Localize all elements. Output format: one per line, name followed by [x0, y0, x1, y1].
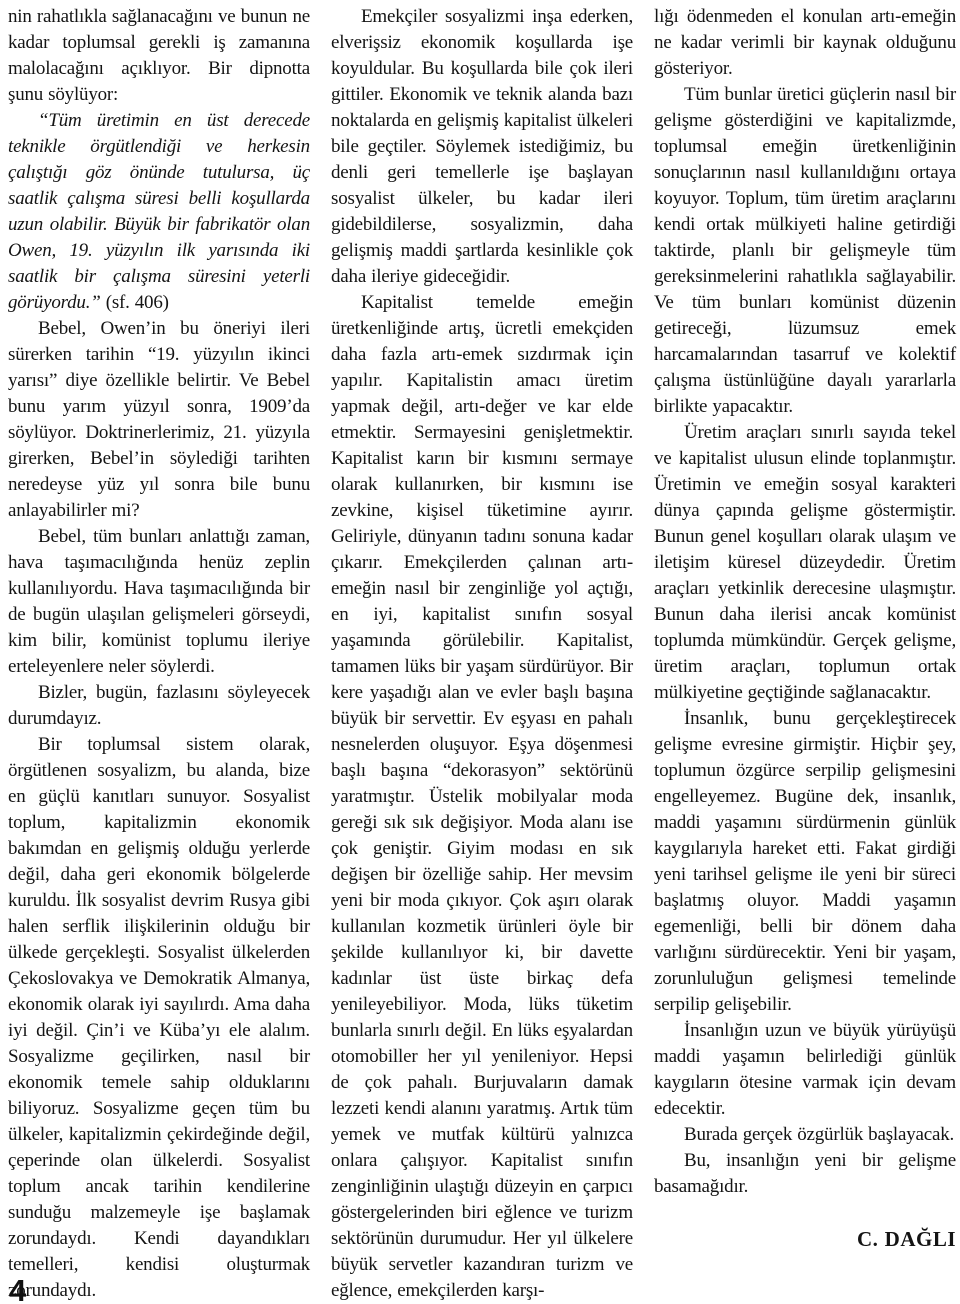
body-text: Bu, insanlığın yeni bir gelişme basamağı…: [654, 1150, 956, 1197]
paragraph: Bebel, Owen’in bu öneriyi ileri sürerken…: [8, 316, 310, 524]
paragraph: Bizler, bugün, fazlasını söyleyecek duru…: [8, 680, 310, 732]
paragraph: “Tüm üretimin en üst derecede teknikle ö…: [8, 108, 310, 316]
body-text: Bebel, Owen’in bu öneriyi ileri sürerken…: [8, 318, 310, 521]
body-text: Kapitalist temelde emeğin üretkenliğinde…: [331, 292, 633, 1301]
paragraph: nin rahatlıkla sağlanacağını ve bunun ne…: [8, 4, 310, 108]
body-text: lığı ödenmeden el konulan artı-emeğin ne…: [654, 6, 956, 79]
author-signature: C. DAĞLI: [654, 1226, 956, 1252]
body-text: nin rahatlıkla sağlanacağını ve bunun ne…: [8, 6, 310, 105]
paragraph: Bebel, tüm bunları anlattığı zaman, hava…: [8, 524, 310, 680]
text-column-middle: Emekçiler sosyalizmi inşa ederken, elver…: [331, 4, 633, 1304]
paragraph: Üretim araçları sınırlı sayıda tekel ve …: [654, 420, 956, 706]
paragraph: Bu, insanlığın yeni bir gelişme basamağı…: [654, 1148, 956, 1200]
quoted-italic-text: “Tüm üretimin en üst derecede teknikle ö…: [8, 110, 310, 313]
paragraph: Burada gerçek özgürlük başlayacak.: [654, 1122, 956, 1148]
body-text: Tüm bunlar üretici güçlerin nasıl bir ge…: [654, 84, 956, 417]
paragraph: Bir toplumsal sistem olarak, örgütlenen …: [8, 732, 310, 1304]
paragraph: İnsanlığın uzun ve büyük yürüyüşü maddi …: [654, 1018, 956, 1122]
body-text: Bebel, tüm bunları anlattığı zaman, hava…: [8, 526, 310, 677]
paragraph: lığı ödenmeden el konulan artı-emeğin ne…: [654, 4, 956, 82]
body-text: İnsanlığın uzun ve büyük yürüyüşü maddi …: [654, 1020, 956, 1119]
paragraph: Emekçiler sosyalizmi inşa ederken, elver…: [331, 4, 633, 290]
text-column-right: lığı ödenmeden el konulan artı-emeğin ne…: [654, 4, 956, 1304]
body-text: İnsanlık, bunu gerçekleştirecek gelişme …: [654, 708, 956, 1015]
body-text: Bizler, bugün, fazlasını söyleyecek duru…: [8, 682, 310, 729]
body-text: Burada gerçek özgürlük başlayacak.: [684, 1124, 954, 1145]
body-text: Üretim araçları sınırlı sayıda tekel ve …: [654, 422, 956, 703]
document-page: nin rahatlıkla sağlanacağını ve bunun ne…: [0, 0, 960, 1304]
paragraph: İnsanlık, bunu gerçekleştirecek gelişme …: [654, 706, 956, 1018]
paragraph: Kapitalist temelde emeğin üretkenliğinde…: [331, 290, 633, 1304]
paragraph: Tüm bunlar üretici güçlerin nasıl bir ge…: [654, 82, 956, 420]
body-text: Emekçiler sosyalizmi inşa ederken, elver…: [331, 6, 633, 287]
body-text: (sf. 406): [101, 292, 169, 313]
body-text: Bir toplumsal sistem olarak, örgütlenen …: [8, 734, 310, 1301]
article-columns: nin rahatlıkla sağlanacağını ve bunun ne…: [0, 0, 960, 1304]
text-column-left: nin rahatlıkla sağlanacağını ve bunun ne…: [8, 4, 310, 1304]
page-number: 4: [9, 1275, 26, 1304]
